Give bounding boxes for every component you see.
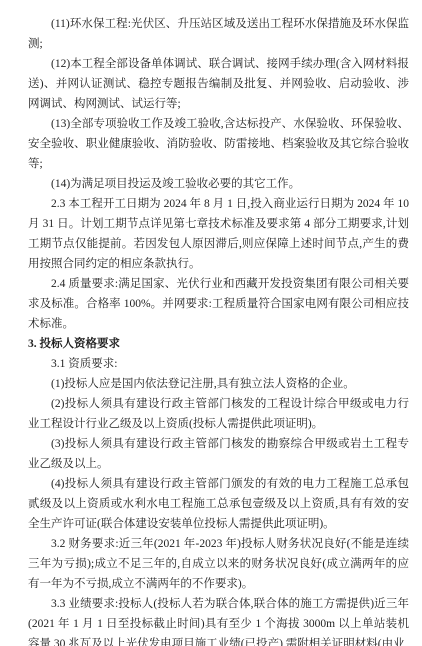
paragraph-item-13: (13)全部专项验收工作及竣工验收,含达标投产、水保验收、环保验收、安全验收、职… (28, 114, 409, 174)
paragraph-qualification-item-1: (1)投标人应是国内依法登记注册,具有独立法人资格的企业。 (28, 374, 409, 394)
paragraph-qualification-3-1: 3.1 资质要求: (28, 354, 409, 374)
paragraph-performance-3-3: 3.3 业绩要求:投标人(投标人若为联合体,联合体的施工方需提供)近三年(202… (28, 594, 409, 646)
paragraph-schedule-2-3: 2.3 本工程开工日期为 2024 年 8 月 1 日,投入商业运行日期为 20… (28, 194, 409, 274)
paragraph-quality-2-4: 2.4 质量要求:满足国家、光伏行业和西藏开发投资集团有限公司相关要求及标准。合… (28, 274, 409, 334)
paragraph-qualification-item-2: (2)投标人须具有建设行政主管部门核发的工程设计综合甲级或电力行业工程设计行业乙… (28, 394, 409, 434)
paragraph-finance-3-2: 3.2 财务要求:近三年(2021 年-2023 年)投标人财务状况良好(不能是… (28, 534, 409, 594)
document-page: (11)环水保工程:光伏区、升压站区域及送出工程环水保措施及环水保监测; (12… (0, 0, 422, 646)
paragraph-item-11: (11)环水保工程:光伏区、升压站区域及送出工程环水保措施及环水保监测; (28, 14, 409, 54)
paragraph-item-14: (14)为满足项目投运及竣工验收必要的其它工作。 (28, 174, 409, 194)
section-heading-bidder-qualification: 3. 投标人资格要求 (28, 334, 409, 354)
paragraph-qualification-item-4: (4)投标人须具有建设行政主管部门颁发的有效的电力工程施工总承包贰级及以上资质或… (28, 474, 409, 534)
paragraph-qualification-item-3: (3)投标人须具有建设行政主管部门核发的勘察综合甲级或岩土工程专业乙级及以上。 (28, 434, 409, 474)
paragraph-item-12: (12)本工程全部设备单体调试、联合调试、接网手续办理(含入网材料报送)、并网认… (28, 54, 409, 114)
